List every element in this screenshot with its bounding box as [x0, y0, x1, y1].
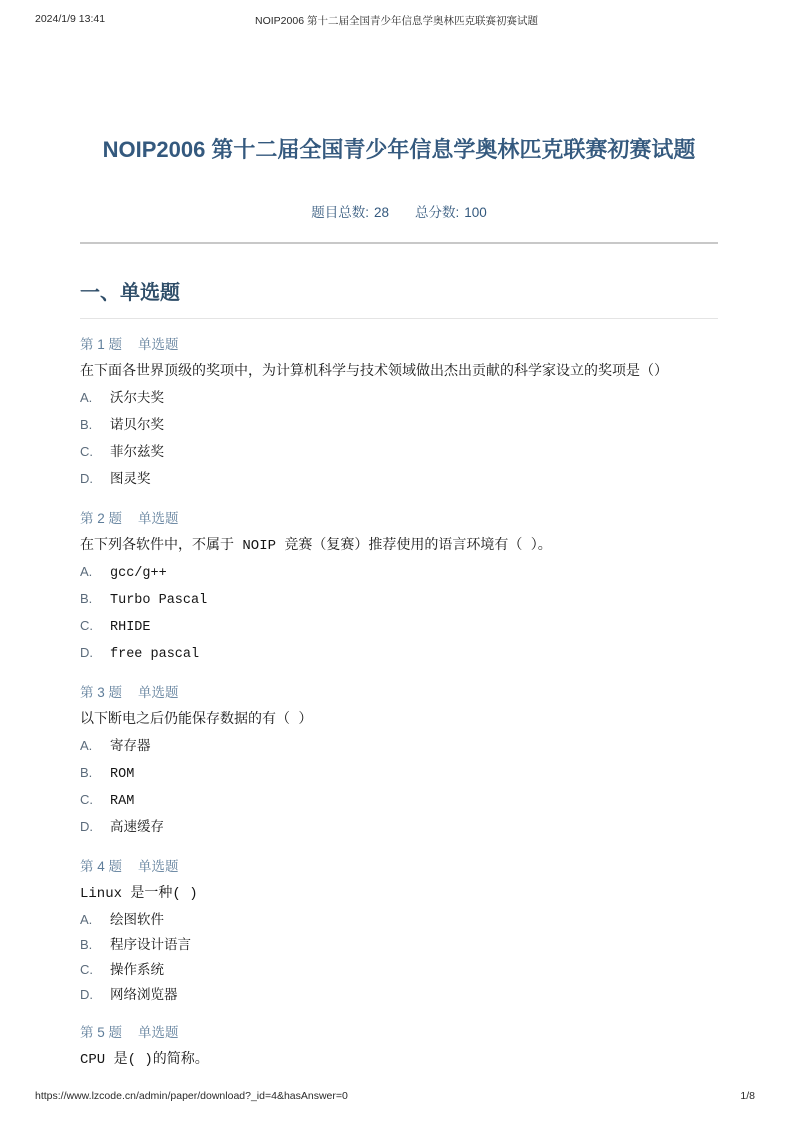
option-letter: D. [80, 466, 110, 491]
option-letter: D. [80, 814, 110, 839]
option-letter: B. [80, 586, 110, 611]
option-text: gcc/g++ [110, 561, 167, 586]
question-text: 在下列各软件中，不属于 NOIP 竞赛（复赛）推荐使用的语言环境有（ ）。 [80, 535, 718, 557]
question-count-value: 28 [374, 205, 389, 220]
option-letter: D. [80, 640, 110, 665]
page-title: NOIP2006 第十二届全国青少年信息学奥林匹克联赛初赛试题 [80, 0, 718, 163]
option-letter: B. [80, 932, 110, 957]
option-letter: D. [80, 982, 110, 1007]
option-letter: C. [80, 613, 110, 638]
option-row: B.诺贝尔奖 [80, 412, 718, 439]
option-row: C.菲尔兹奖 [80, 439, 718, 466]
option-letter: B. [80, 760, 110, 785]
option-row: A.寄存器 [80, 733, 718, 760]
paper-meta: 题目总数:28总分数:100 [80, 204, 718, 222]
option-text: 操作系统 [110, 957, 164, 982]
option-letter: A. [80, 559, 110, 584]
option-letter: A. [80, 385, 110, 410]
question-type-label: 单选题 [138, 1025, 179, 1040]
option-row: C.操作系统 [80, 957, 718, 982]
questions-list: 第 1 题单选题在下面各世界顶级的奖项中，为计算机科学与技术领域做出杰出贡献的科… [80, 319, 718, 1071]
question-text: CPU 是( )的简称。 [80, 1049, 718, 1071]
question-block: 第 2 题单选题在下列各软件中，不属于 NOIP 竞赛（复赛）推荐使用的语言环境… [80, 493, 718, 667]
option-text: 高速缓存 [110, 816, 164, 841]
question-block: 第 4 题单选题Linux 是一种( )A.绘图软件B.程序设计语言C.操作系统… [80, 841, 718, 1007]
question-text: 以下断电之后仍能保存数据的有（ ） [80, 709, 718, 731]
question-header: 第 3 题单选题 [80, 683, 718, 703]
question-text: Linux 是一种( ) [80, 883, 718, 905]
question-type-label: 单选题 [138, 685, 179, 700]
option-text: 沃尔夫奖 [110, 387, 164, 412]
page-indicator: 1/8 [740, 1090, 755, 1102]
document-content: NOIP2006 第十二届全国青少年信息学奥林匹克联赛初赛试题 题目总数:28总… [80, 0, 718, 1073]
option-text: 程序设计语言 [110, 932, 191, 957]
question-header: 第 5 题单选题 [80, 1023, 718, 1043]
question-header: 第 1 题单选题 [80, 335, 718, 355]
option-row: A.沃尔夫奖 [80, 385, 718, 412]
option-row: A.绘图软件 [80, 907, 718, 932]
option-letter: C. [80, 957, 110, 982]
option-letter: C. [80, 787, 110, 812]
option-text: ROM [110, 762, 134, 787]
option-text: RAM [110, 789, 134, 814]
option-row: D.图灵奖 [80, 466, 718, 493]
exam-paper-page: 2024/1/9 13:41 NOIP2006 第十二届全国青少年信息学奥林匹克… [0, 0, 793, 1122]
horizontal-divider [80, 242, 718, 244]
option-row: A.gcc/g++ [80, 559, 718, 586]
option-letter: A. [80, 733, 110, 758]
question-block: 第 1 题单选题在下面各世界顶级的奖项中，为计算机科学与技术领域做出杰出贡献的科… [80, 319, 718, 493]
total-score-label: 总分数: [415, 205, 459, 220]
question-number-label: 第 5 题 [80, 1025, 122, 1040]
question-type-label: 单选题 [138, 511, 179, 526]
option-text: 菲尔兹奖 [110, 441, 164, 466]
question-number-label: 第 2 题 [80, 511, 122, 526]
question-header: 第 2 题单选题 [80, 509, 718, 529]
question-type-label: 单选题 [138, 337, 179, 352]
print-footer-url: https://www.lzcode.cn/admin/paper/downlo… [35, 1090, 348, 1102]
option-text: 寄存器 [110, 735, 151, 760]
option-letter: A. [80, 907, 110, 932]
option-text: Turbo Pascal [110, 588, 207, 613]
option-row: D.free pascal [80, 640, 718, 667]
question-number-label: 第 4 题 [80, 859, 122, 874]
section-heading: 一、单选题 [80, 280, 718, 319]
question-header: 第 4 题单选题 [80, 857, 718, 877]
total-score-value: 100 [464, 205, 487, 220]
option-text: 绘图软件 [110, 907, 164, 932]
option-row: B.ROM [80, 760, 718, 787]
print-footer: https://www.lzcode.cn/admin/paper/downlo… [35, 1090, 755, 1102]
question-text: 在下面各世界顶级的奖项中，为计算机科学与技术领域做出杰出贡献的科学家设立的奖项是… [80, 361, 718, 383]
option-text: 网络浏览器 [110, 982, 178, 1007]
option-text: free pascal [110, 642, 199, 667]
option-letter: C. [80, 439, 110, 464]
option-row: B.Turbo Pascal [80, 586, 718, 613]
question-count-label: 题目总数: [311, 205, 369, 220]
option-row: D.网络浏览器 [80, 982, 718, 1007]
option-row: B.程序设计语言 [80, 932, 718, 957]
option-text: RHIDE [110, 615, 151, 640]
question-type-label: 单选题 [138, 859, 179, 874]
question-number-label: 第 1 题 [80, 337, 122, 352]
option-row: C.RAM [80, 787, 718, 814]
option-letter: B. [80, 412, 110, 437]
question-block: 第 3 题单选题以下断电之后仍能保存数据的有（ ）A.寄存器B.ROMC.RAM… [80, 667, 718, 841]
question-number-label: 第 3 题 [80, 685, 122, 700]
option-text: 图灵奖 [110, 468, 151, 493]
option-row: D.高速缓存 [80, 814, 718, 841]
question-block: 第 5 题单选题CPU 是( )的简称。 [80, 1007, 718, 1071]
option-text: 诺贝尔奖 [110, 414, 164, 439]
option-row: C.RHIDE [80, 613, 718, 640]
